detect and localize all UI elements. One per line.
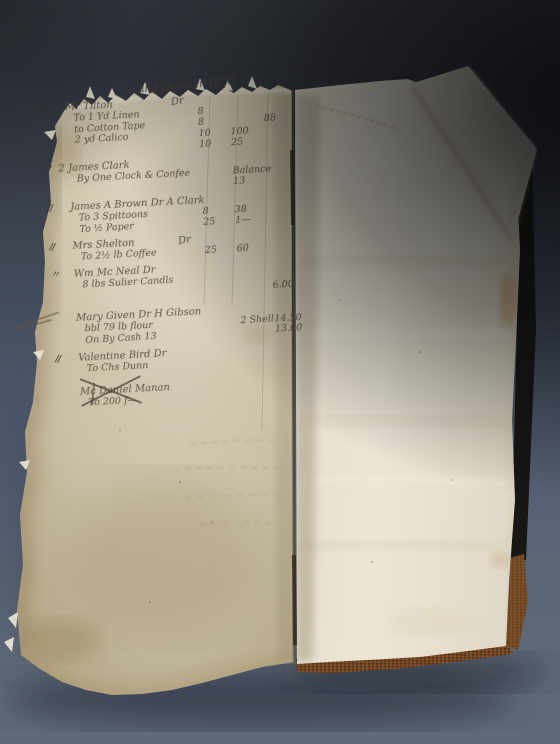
stain bbox=[67, 480, 263, 636]
stain bbox=[20, 618, 100, 662]
entry-day: 2 bbox=[58, 163, 65, 174]
amount: 25 bbox=[204, 244, 217, 256]
check-mark: ∕∕ bbox=[44, 164, 50, 176]
stain bbox=[490, 552, 510, 568]
ledger-entry: ∕∕2James Clark By One Clock & ConfeeBala… bbox=[50, 151, 303, 197]
ledger-entry: 〃Wm Mc Neal Dr 8 lbs Sulier Candls 6.00 bbox=[56, 257, 309, 303]
amount: 60 bbox=[236, 243, 249, 255]
amount: 13 bbox=[233, 175, 246, 187]
check-mark: ∕∕ bbox=[49, 242, 55, 254]
ledger-entry: ∕∕James A Brown Dr A Clark To 3 Spittoon… bbox=[52, 190, 305, 236]
handwriting-layer: and October 1830 ∕∕Mr TiltonDr To 1 Yd L… bbox=[46, 75, 315, 416]
amount: 10 bbox=[199, 138, 212, 150]
amount: 1— bbox=[235, 214, 251, 226]
amount: 88 bbox=[264, 112, 277, 124]
ledger-entry: ∕∕Valentine Bird Dr To Chs Dunn bbox=[60, 340, 313, 375]
amount: 13.00 bbox=[275, 322, 303, 335]
ledger-entry: Mc Daniel Manan To 200 f— bbox=[62, 374, 315, 409]
check-mark: ∕∕ bbox=[46, 203, 52, 215]
ledger-entry: Mary Given Dr H Gibson bbl 79 lb flour2 … bbox=[58, 301, 311, 347]
amount: 25 bbox=[231, 136, 244, 148]
ledger-photo: and October 1830 ∕∕Mr TiltonDr To 1 Yd L… bbox=[0, 0, 560, 744]
check-mark: ∕∕ bbox=[41, 103, 47, 115]
ledger-entry: ∕∕Mr TiltonDr To 1 Yd Linen8 to Cotton T… bbox=[47, 90, 302, 158]
amount: 25 bbox=[203, 216, 216, 228]
stain bbox=[499, 272, 517, 328]
amount: 6.00 bbox=[272, 279, 294, 291]
stain bbox=[388, 609, 472, 635]
amount: 8 bbox=[197, 106, 204, 117]
check-mark: ∕∕ bbox=[54, 353, 60, 365]
amount: 8 bbox=[202, 206, 209, 217]
amount: 8 bbox=[198, 117, 205, 128]
